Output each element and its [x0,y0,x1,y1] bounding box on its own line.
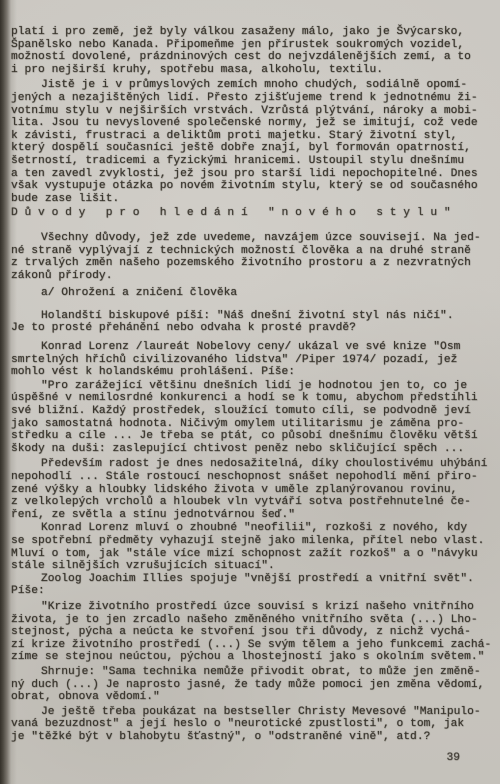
body-paragraph: Konrad Lorenz mluví o zhoubné "neofilii"… [11,522,493,572]
body-paragraph: Jistě je i v průmyslových zemích mnoho c… [11,79,493,205]
scanned-document-page: platí i pro země, jež byly válkou zasaže… [0,0,500,784]
body-paragraph: Holandští biskupové píší: "Náš dnešní ži… [11,310,493,335]
body-paragraph: "Krize životního prostředí úzce souvisí … [11,601,493,664]
document-text-column: platí i pro země, jež byly válkou zasaže… [11,0,493,765]
body-paragraph: platí i pro země, jež byly válkou zasaže… [11,26,493,76]
body-paragraph: Konrad Lorenz /laureát Nobelovy ceny/ uk… [11,341,493,379]
section-heading: D ů v o d y p r o h l e d á n í " n o v … [11,207,493,220]
body-paragraph: Shrnuje: "Sama technika nemůže přivodit … [11,666,493,704]
page-number: 39 [11,752,460,765]
body-paragraph: Je ještě třeba poukázat na bestseller Ch… [11,706,493,744]
body-paragraph: Všechny důvody, jež zde uvedeme, navzáje… [11,232,493,282]
body-paragraph: "Pro zarážející většinu dnešních lidí je… [11,380,493,456]
body-paragraph: Zoolog Joachim Illies spojuje "vnější pr… [11,573,493,598]
body-paragraph: Především radost je dnes nedosažitelná, … [11,458,493,521]
subsection-heading: a/ Ohrožení a zničení člověka [11,287,493,300]
